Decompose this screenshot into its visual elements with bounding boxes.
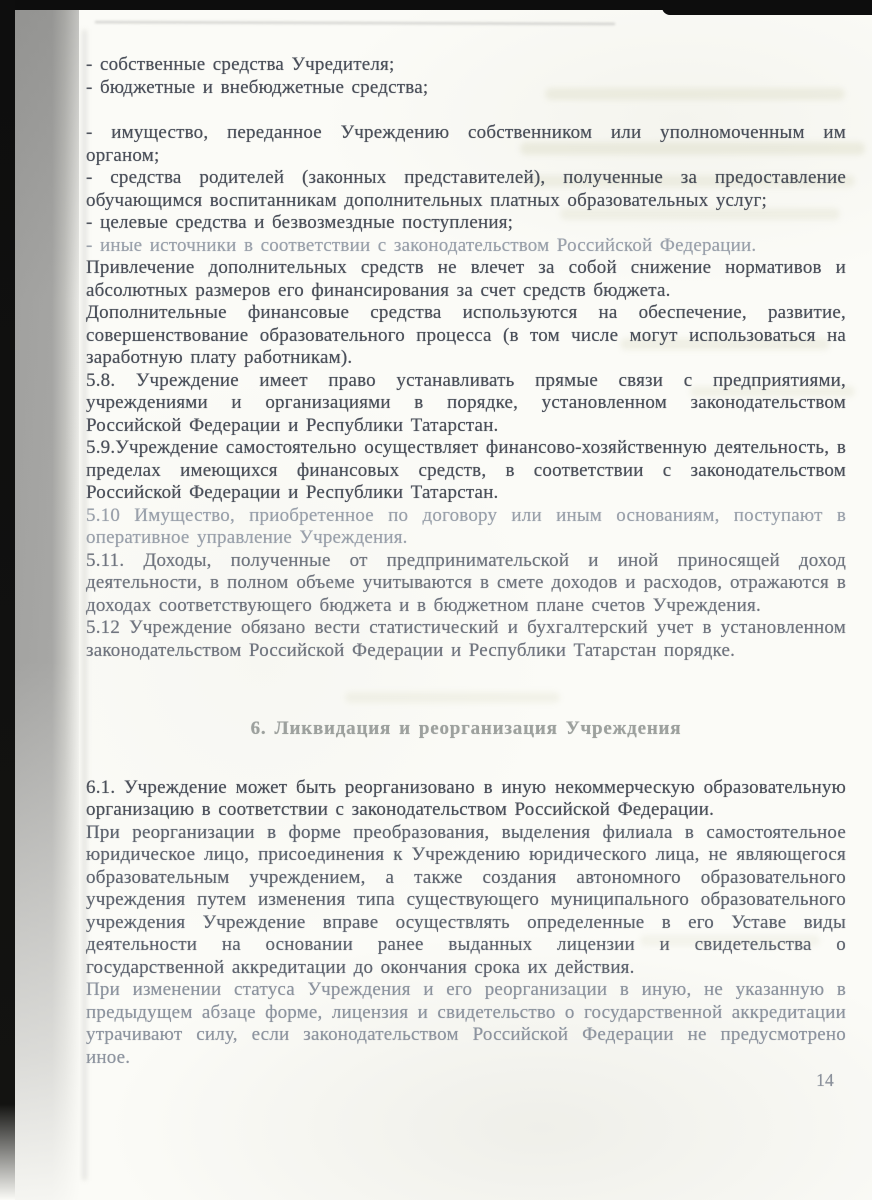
paragraph-5-9: 5.9.Учреждение самостоятельно осуществля… — [86, 437, 846, 505]
paragraph-status-change: При изменении статуса Учреждения и его р… — [86, 979, 846, 1069]
paragraph-reorganization: При реорганизации в форме преобразования… — [86, 822, 846, 980]
paragraph-other-sources: - иные источники в соответствии с законо… — [86, 235, 846, 258]
scanner-edge-left — [0, 0, 15, 1200]
paragraph-target-funds: - целевые средства и безвозмездные посту… — [86, 212, 846, 235]
scanned-page: - собственные средства Учредителя; - бюд… — [0, 0, 872, 1200]
section-6-heading: 6. Ликвидация и реорганизация Учреждения — [86, 718, 846, 741]
page-curl-shadow — [82, 30, 87, 1180]
paragraph-own-funds: - собственные средства Учредителя; — [86, 54, 846, 77]
paragraph-5-10: 5.10 Имущество, приобретенное по договор… — [86, 505, 846, 550]
page-number: 14 — [86, 1069, 846, 1092]
paragraph-5-8: 5.8. Учреждение имеет право устанавливат… — [86, 370, 846, 438]
paragraph-additional-funds: Привлечение дополнительных средств не вл… — [86, 257, 846, 302]
paragraph-parent-funds: - средства родителей (законных представи… — [86, 167, 846, 212]
paragraph-property-transferred: - имущество, переданное Учреждению собст… — [86, 122, 846, 167]
paragraph-financial-use: Дополнительные финансовые средства испол… — [86, 302, 846, 370]
document-content: - собственные средства Учредителя; - бюд… — [86, 54, 846, 1092]
scanner-edge-top-right — [662, 0, 872, 15]
binding-shadow-fade — [15, 0, 79, 1200]
paragraph-5-11: 5.11. Доходы, полученные от предпринимат… — [86, 550, 846, 618]
paragraph-budget-funds: - бюджетные и внебюджетные средства; — [86, 77, 846, 100]
paragraph-5-12: 5.12 Учреждение обязано вести статистиче… — [86, 617, 846, 662]
paragraph-6-1: 6.1. Учреждение может быть реорганизован… — [86, 777, 846, 822]
paper-crease — [95, 21, 615, 25]
